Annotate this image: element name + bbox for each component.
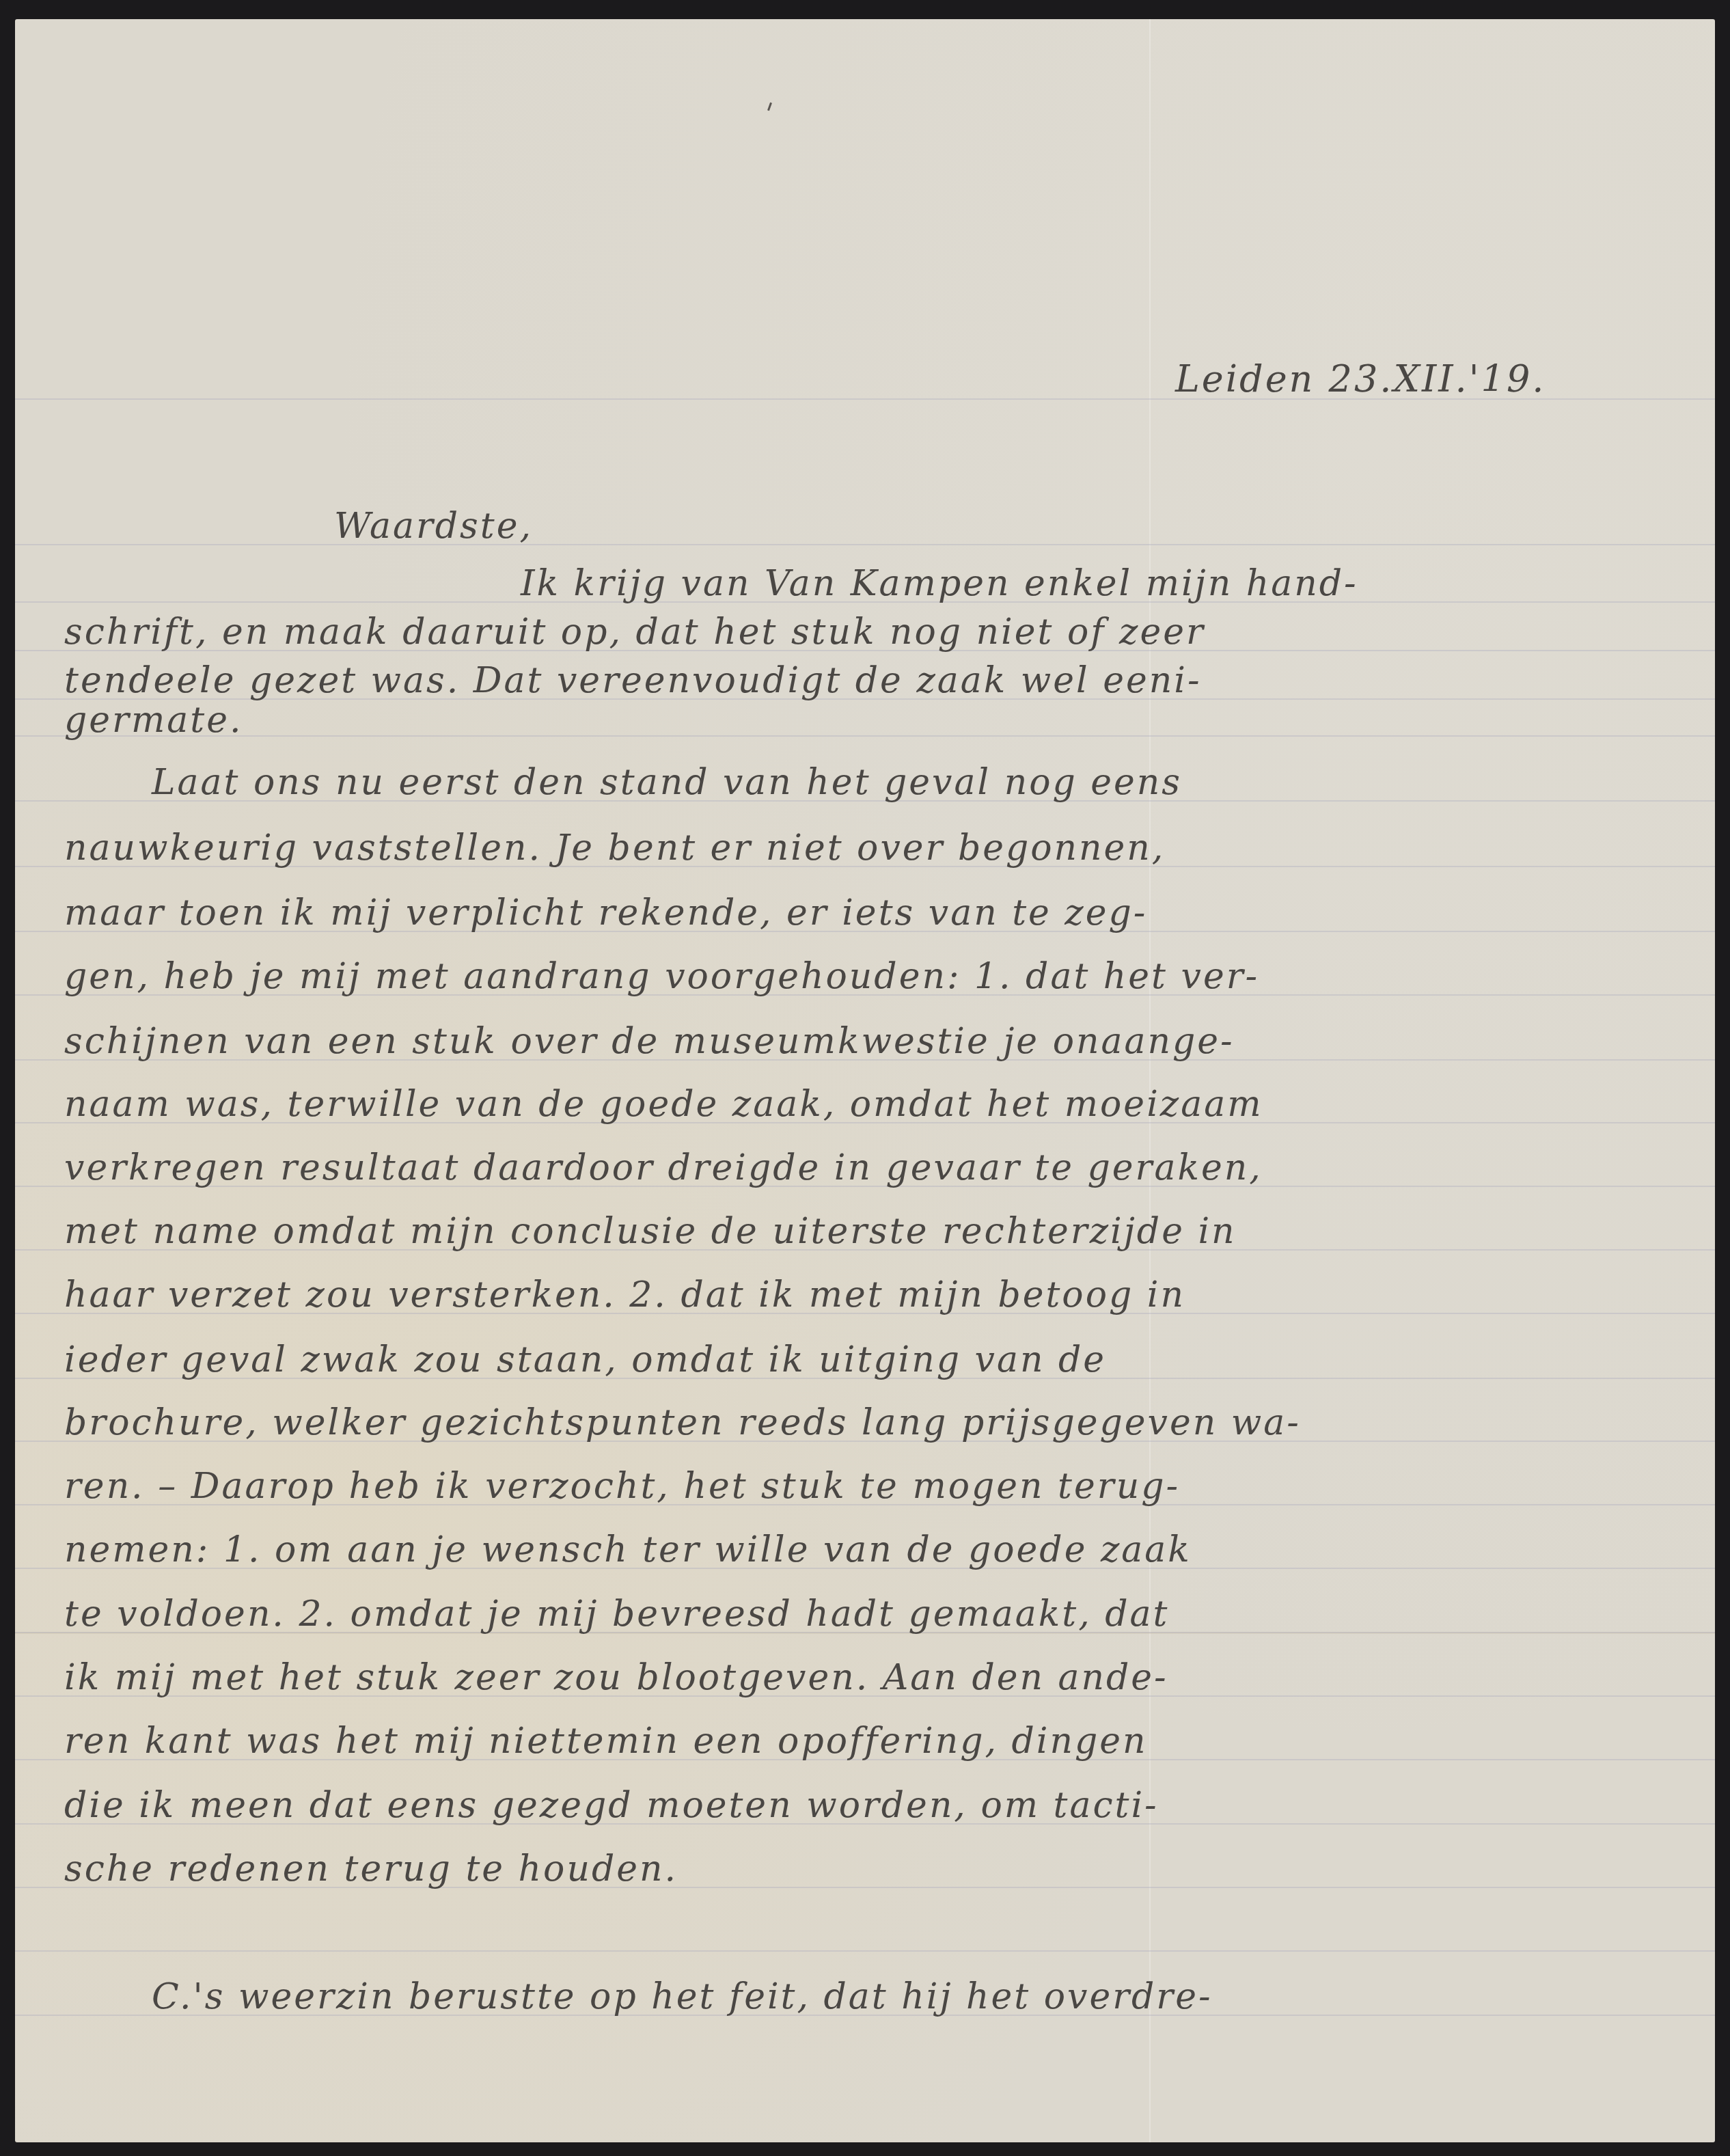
letter-line: maar toen ik mij verplicht rekende, er i… (64, 895, 1147, 931)
letter-line: ik mij met het stuk zeer zou blootgeven.… (64, 1660, 1168, 1695)
letter-line: C.'s weerzin berustte op het feit, dat h… (152, 1979, 1213, 2015)
letter-line: naam was, terwille van de goede zaak, om… (64, 1087, 1263, 1122)
letter-line: ieder geval zwak zou staan, omdat ik uit… (64, 1342, 1106, 1378)
salutation: Waardste, (334, 508, 533, 544)
letter-line: schrift, en maak daaruit op, dat het stu… (64, 614, 1205, 650)
letter-line: gen, heb je mij met aandrang voorgehoude… (64, 959, 1259, 994)
letter-line: nemen: 1. om aan je wensch ter wille van… (64, 1532, 1192, 1568)
letter-line: ren. – Daarop heb ik verzocht, het stuk … (64, 1469, 1180, 1504)
letter-line: sche redenen terug te houden. (64, 1851, 678, 1887)
letter-line: schijnen van een stuk over de museumkwes… (64, 1024, 1235, 1059)
letter-line: verkregen resultaat daardoor dreigde in … (64, 1150, 1263, 1186)
ruled-line (15, 544, 1715, 545)
ruled-line (15, 1950, 1715, 1952)
letter-line: haar verzet zou versterken. 2. dat ik me… (64, 1277, 1185, 1313)
letter-line: met name omdat mijn conclusie de uiterst… (64, 1214, 1237, 1249)
letter-line: ren kant was het mij niettemin een opoff… (64, 1723, 1148, 1759)
ruled-line (15, 735, 1715, 737)
letter-line: tendeele gezet was. Dat vereenvoudigt de… (64, 663, 1202, 698)
letter-line: brochure, welker gezichtspunten reeds la… (64, 1405, 1301, 1441)
letter-line: Ik krijg van Van Kampen enkel mijn hand- (521, 566, 1358, 601)
letter-line: te voldoen. 2. omdat je mij bevreesd had… (64, 1596, 1170, 1632)
ink-speck (767, 103, 772, 111)
letter-line: nauwkeurig vaststellen. Je bent er niet … (64, 830, 1165, 866)
letter-page: Leiden 23.XII.'19. Waardste, Ik krijg va… (15, 19, 1715, 2142)
letter-line: Laat ons nu eerst den stand van het geva… (152, 765, 1182, 800)
letter-line: die ik meen dat eens gezegd moeten worde… (64, 1788, 1159, 1823)
letter-line: germate. (64, 702, 243, 738)
place-date: Leiden 23.XII.'19. (1175, 361, 1546, 398)
